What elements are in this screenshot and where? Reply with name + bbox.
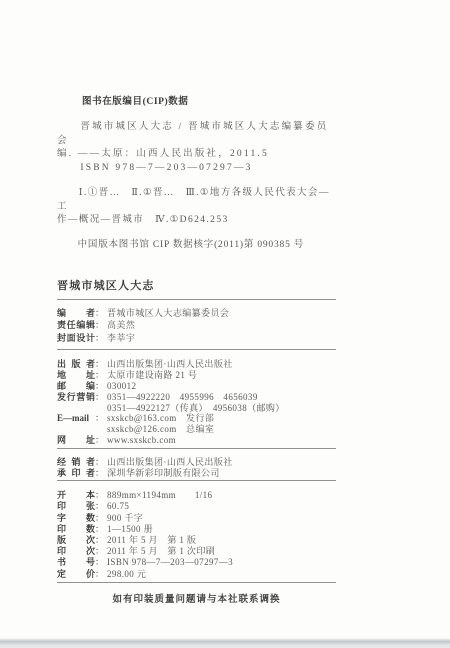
field-value: ISBN 978—7—203—07297—3 — [107, 557, 233, 568]
colophon-row: 开本：889mm×1194mm 1/16 — [57, 490, 336, 501]
field-value: 2011 年 5 月 第 1 版 — [107, 535, 196, 546]
field-label: 印张 — [57, 501, 95, 512]
colon-separator: ： — [95, 490, 104, 501]
colon-separator: ： — [95, 569, 104, 580]
colon-separator: ： — [95, 381, 104, 392]
field-value: 晋城市城区人大志编纂委员会 — [107, 307, 229, 319]
colon-separator: ： — [95, 435, 104, 446]
colon-separator: ： — [95, 413, 104, 424]
field-label: 印次 — [57, 546, 95, 557]
field-label: 编者 — [57, 307, 95, 319]
cip-entry: 晋城市城区人大志 / 晋城市城区人大志编纂委员会 编. ——太原：山西人民出版社… — [57, 121, 336, 175]
field-label: 印数 — [57, 524, 95, 535]
quality-notice: 如有印装质量问题请与本社联系调换 — [57, 591, 336, 605]
colon-separator: ： — [95, 524, 104, 535]
colophon-row: 印数：1—1500 册 — [57, 524, 336, 535]
colon-separator: ： — [95, 468, 104, 479]
colon-separator: ： — [95, 370, 104, 381]
field-value: 山西出版集团·山西人民出版社 — [107, 457, 233, 468]
colophon-row: 发行营销：0351—4922220 4955996 4656039 0351—4… — [57, 392, 336, 414]
colophon-row: 责任编辑：高美然 — [57, 319, 336, 331]
cip-header: 图书在版编目(CIP)数据 — [82, 97, 336, 108]
field-label: E—mail — [57, 413, 95, 424]
field-value: 030012 — [107, 381, 136, 392]
field-label: 定价 — [57, 569, 95, 580]
field-label: 网址 — [57, 435, 95, 446]
colophon-row: 经销者：山西出版集团·山西人民出版社 — [57, 457, 336, 468]
field-label: 版次 — [57, 535, 95, 546]
field-value: 李莘宇 — [107, 332, 135, 344]
colophon-row: 定价：298.00 元 — [57, 569, 336, 580]
field-value: www.sxskcb.com — [107, 435, 176, 446]
colophon-row: 编者：晋城市城区人大志编纂委员会 — [57, 307, 336, 319]
field-label: 承印者 — [57, 468, 95, 479]
field-value: 298.00 元 — [107, 569, 146, 580]
field-label: 开本 — [57, 490, 95, 501]
cip-subject-codes: Ⅰ.①晋… Ⅱ.①晋… Ⅲ.①地方各级人民代表大会—工 作—概况—晋城市 Ⅳ.①… — [57, 187, 336, 228]
colon-separator: ： — [95, 457, 104, 468]
colophon-row: 网址：www.sxskcb.com — [57, 435, 336, 446]
colophon-row: 承印者：深圳华新彩印制版有限公司 — [57, 468, 336, 479]
field-value: 60.75 — [107, 501, 129, 512]
distribution-section: 经销者：山西出版集团·山西人民出版社 承印者：深圳华新彩印制版有限公司 — [57, 449, 336, 479]
book-title: 晋城市城区人大志 — [57, 280, 336, 293]
colon-separator: ： — [95, 513, 104, 524]
field-label: 责任编辑 — [57, 319, 95, 331]
colon-separator: ： — [95, 359, 104, 370]
colon-separator: ： — [95, 546, 104, 557]
colon-separator: ： — [95, 535, 104, 546]
field-value: 2011 年 5 月 第 1 次印刷 — [107, 546, 215, 557]
colophon-row: 邮编：030012 — [57, 381, 336, 392]
field-label: 邮编 — [57, 381, 95, 392]
colophon-row: 地址：太原市建设南路 21 号 — [57, 370, 336, 381]
colophon-row: 字数：900 千字 — [57, 513, 336, 524]
colophon-row: 书号：ISBN 978—7—203—07297—3 — [57, 557, 336, 568]
specs-section: 开本：889mm×1194mm 1/16 印张：60.75 字数：900 千字 … — [57, 481, 336, 580]
colon-separator: ： — [95, 557, 104, 568]
field-value: 900 千字 — [107, 513, 143, 524]
cip-section: 图书在版编目(CIP)数据 晋城市城区人大志 / 晋城市城区人大志编纂委员会 编… — [57, 97, 336, 252]
field-label: 书号 — [57, 557, 95, 568]
field-value: 山西出版集团·山西人民出版社 — [107, 359, 233, 370]
colon-separator: ： — [95, 307, 104, 319]
scan-bottom-edge — [0, 638, 450, 648]
publishing-section: 出版者：山西出版集团·山西人民出版社 地址：太原市建设南路 21 号 邮编：03… — [57, 350, 336, 446]
colophon-row: 版次：2011 年 5 月 第 1 版 — [57, 535, 336, 546]
field-value: sxskcb@163.com 发行部 sxskcb@126.com 总编室 — [107, 413, 214, 435]
colophon-row: E—mail：sxskcb@163.com 发行部 sxskcb@126.com… — [57, 413, 336, 435]
field-label: 字数 — [57, 513, 95, 524]
divider-rule — [57, 582, 336, 583]
colophon-row: 出版者：山西出版集团·山西人民出版社 — [57, 359, 336, 370]
field-value: 高美然 — [107, 319, 135, 331]
field-value: 深圳华新彩印制版有限公司 — [107, 468, 220, 479]
field-value: 0351—4922220 4955996 4656039 0351—492212… — [107, 392, 285, 414]
field-value: 太原市建设南路 21 号 — [107, 370, 197, 381]
colophon-row: 封面设计：李莘宇 — [57, 332, 336, 344]
page-content: 图书在版编目(CIP)数据 晋城市城区人大志 / 晋城市城区人大志编纂委员会 编… — [57, 97, 336, 605]
colophon-row: 印张：60.75 — [57, 501, 336, 512]
field-label: 封面设计 — [57, 332, 95, 344]
credits-section: 编者：晋城市城区人大志编纂委员会 责任编辑：高美然 封面设计：李莘宇 — [57, 300, 336, 344]
colophon-page: 图书在版编目(CIP)数据 晋城市城区人大志 / 晋城市城区人大志编纂委员会 编… — [0, 0, 450, 648]
colophon-row: 印次：2011 年 5 月 第 1 次印刷 — [57, 546, 336, 557]
field-label: 出版者 — [57, 359, 95, 370]
colon-separator: ： — [95, 392, 104, 403]
field-label: 地址 — [57, 370, 95, 381]
field-value: 889mm×1194mm 1/16 — [107, 490, 212, 501]
colon-separator: ： — [95, 501, 104, 512]
colon-separator: ： — [95, 332, 104, 344]
colon-separator: ： — [95, 319, 104, 331]
cip-record-number: 中国版本图书馆 CIP 数据核字(2011)第 090385 号 — [57, 239, 336, 253]
field-label: 经销者 — [57, 457, 95, 468]
field-value: 1—1500 册 — [107, 524, 153, 535]
field-label: 发行营销 — [57, 392, 95, 403]
